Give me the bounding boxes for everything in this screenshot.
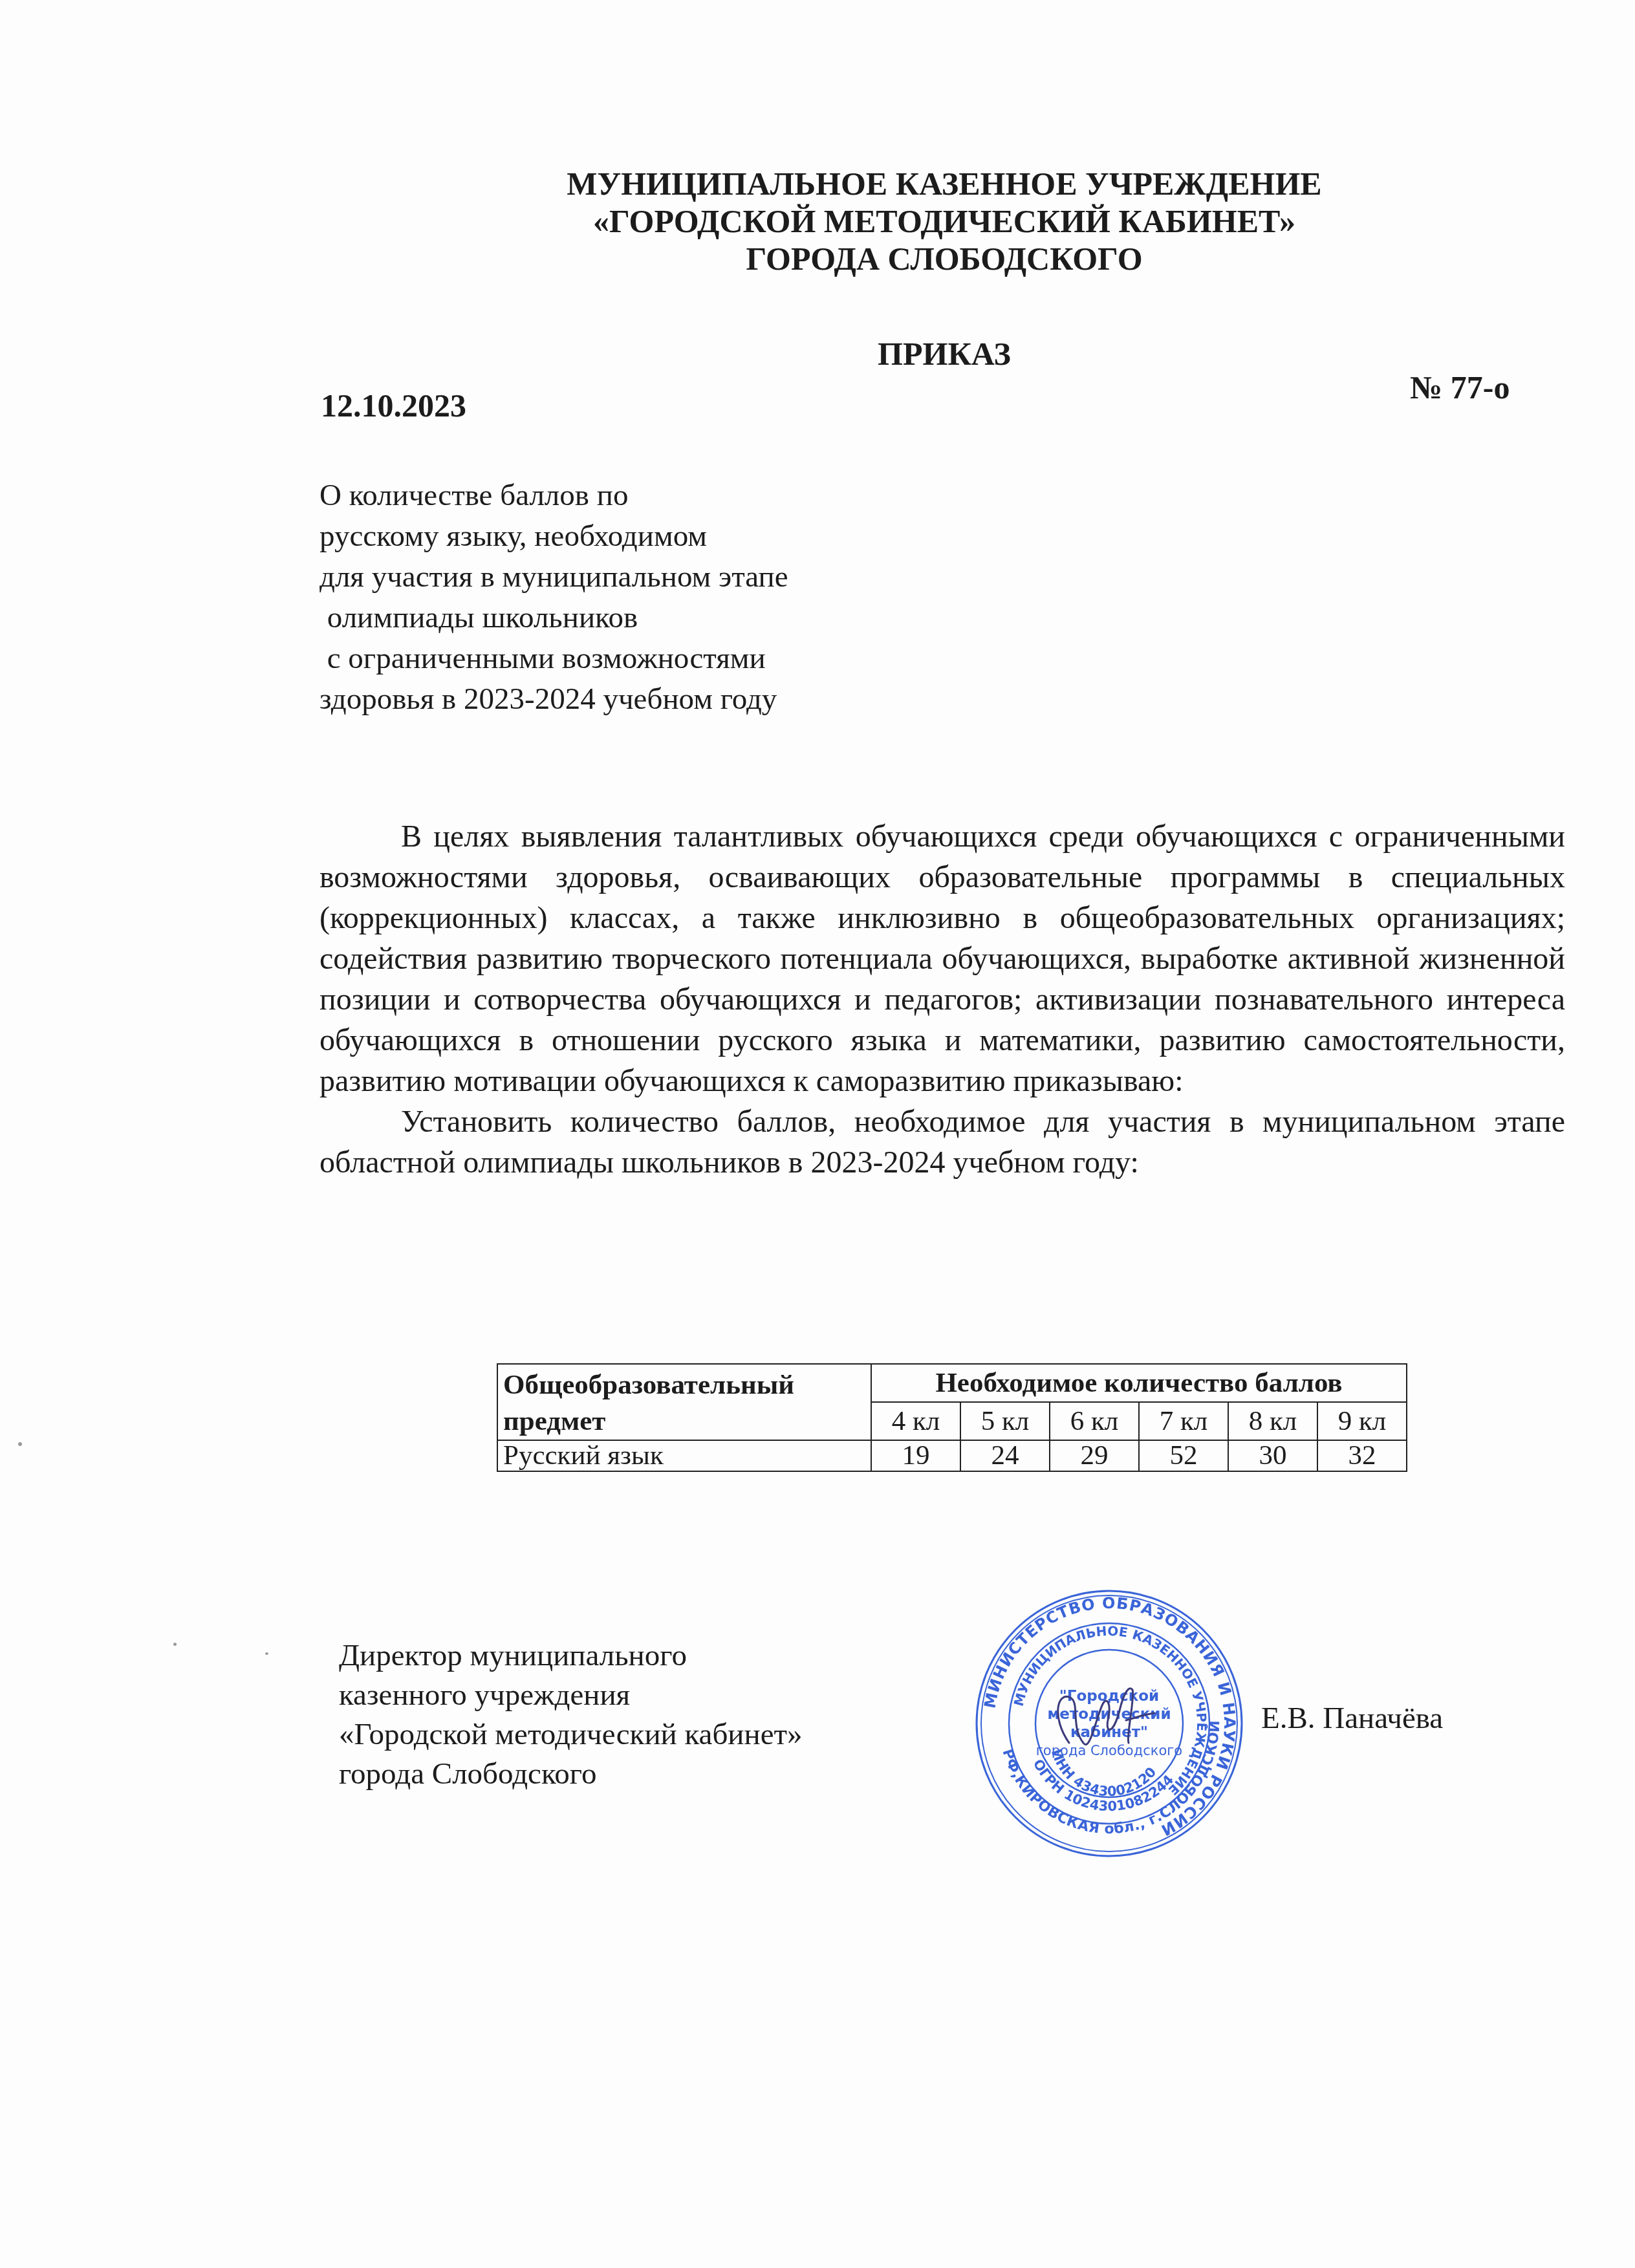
- signatory-position: Директор муниципального казенного учрежд…: [339, 1636, 803, 1794]
- order-body: В целях выявления талантливых обучающихс…: [319, 816, 1565, 1183]
- document-page: МУНИЦИПАЛЬНОЕ КАЗЕННОЕ УЧРЕЖДЕНИЕ «ГОРОД…: [0, 0, 1635, 2268]
- document-type-title: ПРИКАЗ: [776, 335, 1112, 373]
- subject-column-header: Общеобразовательный предмет: [497, 1364, 871, 1440]
- signatory-name: Е.В. Паначёва: [1261, 1701, 1443, 1736]
- score-cell: 52: [1139, 1440, 1228, 1471]
- grade-header: 7 кл: [1139, 1402, 1228, 1440]
- document-number: № 77-о: [1410, 369, 1510, 406]
- table-header-row: Общеобразовательный предмет Необходимое …: [497, 1364, 1407, 1402]
- position-line: «Городской методический кабинет»: [339, 1715, 803, 1755]
- score-cell: 30: [1228, 1440, 1317, 1471]
- grade-header: 6 кл: [1050, 1402, 1139, 1440]
- score-cell: 24: [960, 1440, 1050, 1471]
- scan-speck: [265, 1652, 268, 1655]
- subject-line: с ограниченными возможностями: [319, 638, 788, 679]
- position-line: города Слободского: [339, 1755, 803, 1794]
- required-scores-table: Общеобразовательный предмет Необходимое …: [497, 1363, 1407, 1472]
- scores-column-header: Необходимое количество баллов: [871, 1364, 1407, 1402]
- document-date: 12.10.2023: [321, 387, 466, 424]
- preamble-paragraph: В целях выявления талантливых обучающихс…: [319, 816, 1565, 1101]
- subject-line: О количестве баллов по: [319, 475, 788, 516]
- stamp-seal-icon: МИНИСТЕРСТВО ОБРАЗОВАНИЯ И НАУКИ РОССИИ …: [973, 1588, 1245, 1859]
- org-name-line-2: «ГОРОДСКОЙ МЕТОДИЧЕСКИЙ КАБИНЕТ»: [453, 202, 1436, 240]
- org-name-line-1: МУНИЦИПАЛЬНОЕ КАЗЕННОЕ УЧРЕЖДЕНИЕ: [453, 165, 1436, 202]
- grade-header: 8 кл: [1228, 1402, 1317, 1440]
- subject-line: русскому языку, необходимом: [319, 516, 788, 557]
- score-cell: 29: [1050, 1440, 1139, 1471]
- position-line: Директор муниципального: [339, 1636, 803, 1676]
- subject-line: для участия в муниципальном этапе: [319, 557, 788, 598]
- svg-text:кабинет": кабинет": [1070, 1724, 1148, 1741]
- subject-line: здоровья в 2023-2024 учебном году: [319, 679, 788, 720]
- grade-header: 5 кл: [960, 1402, 1050, 1440]
- subject-line: олимпиады школьников: [319, 598, 788, 638]
- grade-header: 9 кл: [1317, 1402, 1407, 1440]
- score-cell: 19: [871, 1440, 960, 1471]
- table-row: Русский язык 19 24 29 52 30 32: [497, 1440, 1407, 1471]
- subject-cell: Русский язык: [497, 1440, 871, 1471]
- scan-speck: [173, 1643, 177, 1646]
- order-subject: О количестве баллов по русскому языку, н…: [319, 475, 788, 720]
- org-name-line-3: ГОРОДА СЛОБОДСКОГО: [453, 240, 1436, 277]
- score-cell: 32: [1317, 1440, 1407, 1471]
- svg-text:города Слободского: города Слободского: [1036, 1743, 1182, 1758]
- directive-paragraph: Установить количество баллов, необходимо…: [319, 1101, 1565, 1183]
- official-stamp: МИНИСТЕРСТВО ОБРАЗОВАНИЯ И НАУКИ РОССИИ …: [973, 1588, 1245, 1859]
- grade-header: 4 кл: [871, 1402, 960, 1440]
- scan-speck: [18, 1442, 22, 1446]
- position-line: казенного учреждения: [339, 1676, 803, 1715]
- organization-header: МУНИЦИПАЛЬНОЕ КАЗЕННОЕ УЧРЕЖДЕНИЕ «ГОРОД…: [453, 165, 1436, 277]
